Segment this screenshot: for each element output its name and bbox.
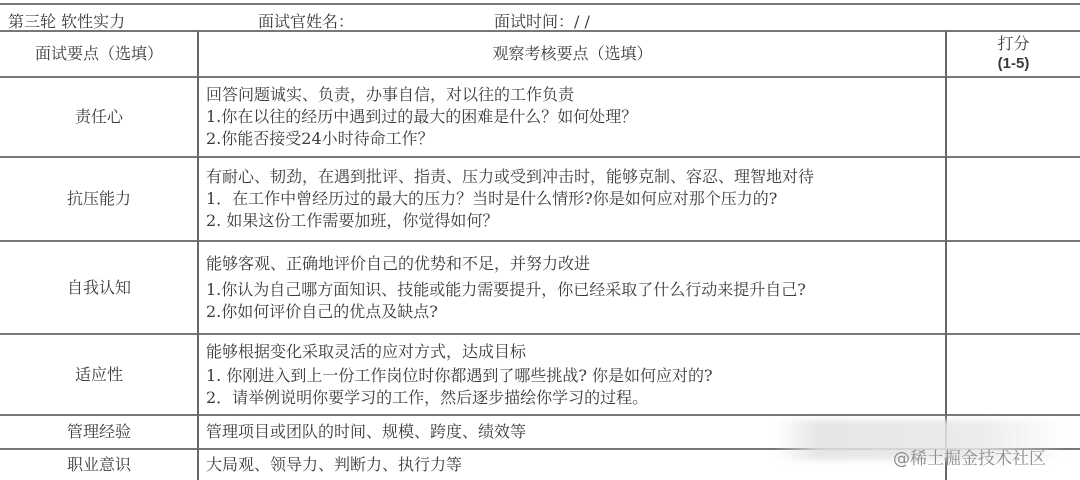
point-adaptability: 适应性 — [0, 335, 198, 414]
observation-responsibility: 回答问题诚实、负责，办事自信，对以往的工作负责 1.你在以往的经历中遇到过的最大… — [200, 78, 945, 156]
watermark: @稀土掘金技术社区 — [893, 444, 1046, 469]
observation-line: 回答问题诚实、负责，办事自信，对以往的工作负责 — [206, 84, 945, 106]
interview-time-field[interactable]: 面试时间：/ / — [494, 9, 590, 32]
point-responsibility: 责任心 — [0, 78, 198, 156]
header-score-range: (1-5) — [998, 54, 1030, 74]
header-score: 打分 (1-5) — [947, 32, 1080, 76]
interview-form: 第三轮 软性实力 面试官姓名： 面试时间：/ / 面试要点（选填） 观察考核要点… — [0, 0, 1080, 480]
observation-line: 1. 你刚进入到上一份工作岗位时你都遇到了哪些挑战? 你是如何应对的? — [206, 365, 945, 387]
observation-adaptability: 能够根据变化采取灵活的应对方式，达成目标 1. 你刚进入到上一份工作岗位时你都遇… — [200, 335, 945, 414]
observation-line: 2．请举例说明你要学习的工作，然后逐步描绘你学习的过程。 — [206, 387, 945, 409]
observation-line: 1.你认为自己哪方面知识、技能或能力需要提升，你已经采取了什么行动来提升自己? — [206, 279, 945, 301]
observation-line: 能够根据变化采取灵活的应对方式，达成目标 — [206, 341, 945, 363]
observation-line: 2. 如果这份工作需要加班，你觉得如何？ — [206, 210, 945, 232]
point-self-awareness: 自我认知 — [0, 242, 198, 333]
point-management-experience: 管理经验 — [0, 416, 198, 448]
score-input-stress-tolerance[interactable] — [947, 158, 1080, 240]
observation-line: 2.你如何评价自己的优点及缺点? — [206, 301, 945, 323]
header-observation: 观察考核要点（选填） — [200, 32, 945, 76]
round-title: 第三轮 软性实力 — [8, 9, 125, 32]
observation-self-awareness: 能够客观、正确地评价自己的优势和不足，并努力改进 1.你认为自己哪方面知识、技能… — [200, 242, 945, 333]
observation-line: 1．在工作中曾经历过的最大的压力？当时是什么情形?你是如何应对那个压力的? — [206, 188, 945, 210]
score-input-adaptability[interactable] — [947, 335, 1080, 414]
score-input-responsibility[interactable] — [947, 78, 1080, 156]
observation-line: 1.你在以往的经历中遇到过的最大的困难是什么？如何处理？ — [206, 106, 945, 128]
observation-stress-tolerance: 有耐心、韧劲，在遇到批评、指责、压力或受到冲击时，能够克制、容忍、理智地对待 1… — [200, 158, 945, 240]
point-professionalism: 职业意识 — [0, 450, 198, 480]
point-stress-tolerance: 抗压能力 — [0, 158, 198, 240]
observation-line: 能够客观、正确地评价自己的优势和不足，并努力改进 — [206, 253, 945, 275]
header-score-label: 打分 — [997, 34, 1029, 54]
header-observation-label: 观察考核要点（选填） — [492, 43, 652, 65]
form-title-row: 第三轮 软性实力 面试官姓名： 面试时间：/ / — [0, 3, 1080, 32]
observation-line: 有耐心、韧劲，在遇到批评、指责、压力或受到冲击时，能够克制、容忍、理智地对待 — [206, 166, 945, 188]
interviewer-name-field[interactable]: 面试官姓名： — [258, 9, 354, 32]
observation-line: 2.你能否接受24小时待命工作？ — [206, 128, 945, 150]
score-input-self-awareness[interactable] — [947, 242, 1080, 333]
header-interview-point: 面试要点（选填） — [0, 32, 198, 76]
